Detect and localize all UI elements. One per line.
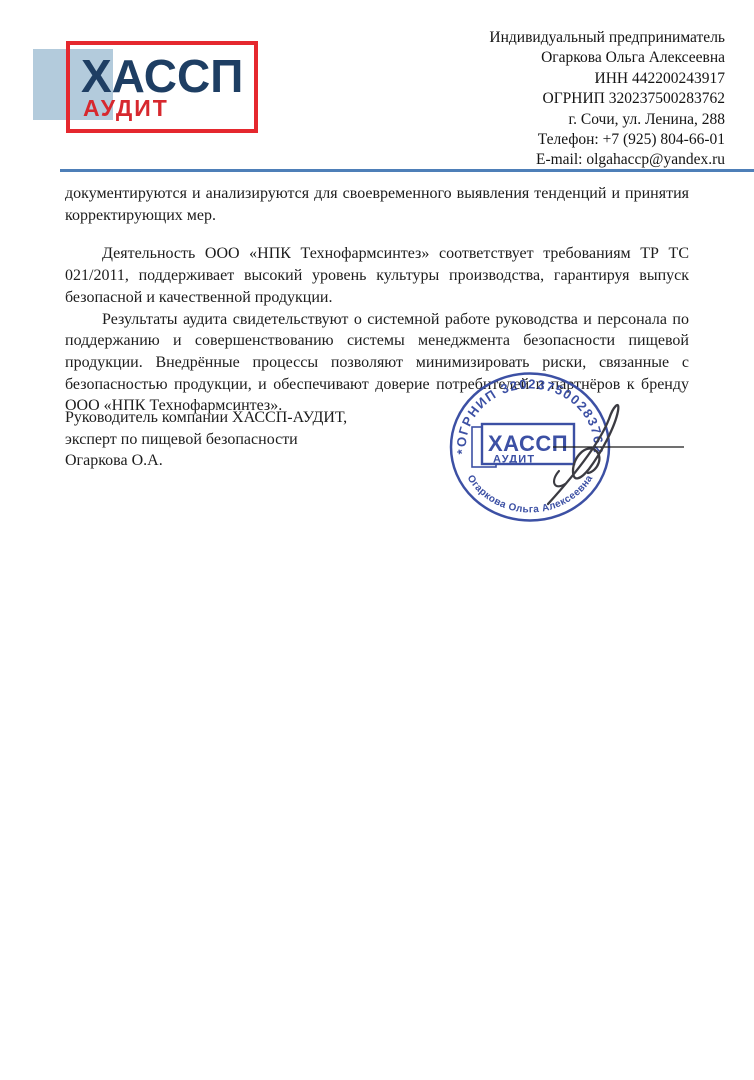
paragraph-conclusion-carryover: документируются и анализируются для свое… (65, 183, 689, 226)
signature-stroke-main (548, 405, 618, 504)
company-logo: ХАССП АУДИТ (66, 41, 258, 133)
signer-name: Огаркова О.А. (65, 450, 347, 472)
signature-block: Руководитель компании ХАССП-АУДИТ, экспе… (65, 407, 347, 472)
letterhead-divider-line (60, 169, 754, 172)
contact-line-entity: Индивидуальный предприниматель (489, 28, 725, 48)
contact-line-name: Огаркова Ольга Алексеевна (489, 48, 725, 68)
logo-subtitle: АУДИТ (83, 97, 169, 120)
signer-title-line1: Руководитель компании ХАССП-АУДИТ, (65, 407, 347, 429)
letter-page: ХАССП АУДИТ Индивидуальный предпринимате… (0, 0, 754, 1080)
contact-line-ogrnip: ОГРНИП 320237500283762 (489, 89, 725, 109)
signature-stroke-loop (554, 471, 565, 486)
contact-line-address: г. Сочи, ул. Ленина, 288 (489, 110, 725, 130)
contact-line-inn: ИНН 442200243917 (489, 69, 725, 89)
logo-title: ХАССП (81, 53, 243, 99)
contact-line-email: E-mail: olgahaccp@yandex.ru (489, 150, 725, 170)
letterhead-contact-block: Индивидуальный предприниматель Огаркова … (489, 28, 725, 171)
contact-line-phone: Телефон: +7 (925) 804-66-01 (489, 130, 725, 150)
handwritten-signature (440, 365, 690, 530)
signer-title-line2: эксперт по пищевой безопасности (65, 429, 347, 451)
paragraph-activity: Деятельность ООО «НПК Технофармсинтез» с… (65, 243, 689, 308)
